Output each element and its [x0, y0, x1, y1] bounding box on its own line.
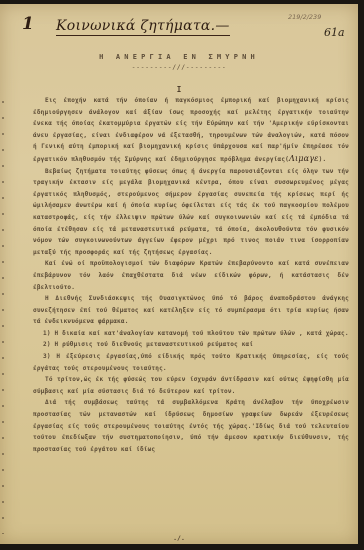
- paragraph: Εις έποχήν κατά τήν όποίαν ή παγκόσμιος …: [33, 95, 349, 166]
- paragraph: Τό τρίτον,ώς έκ τής φύσεώς του εύρεν ίσχ…: [33, 374, 349, 397]
- page-marker: 1: [22, 14, 34, 34]
- archive-reference: 219/2/239: [288, 13, 321, 21]
- list-item: 2) Η ρύθμισις τού διεθνούς μεταναστευτικ…: [33, 339, 349, 351]
- document-title: Η ΑΝΕΡΓΙΑ ΕΝ ΣΜΥΡΝΗ: [0, 53, 358, 61]
- title-divider: ---------///---------: [0, 63, 358, 71]
- continuation-mark: ./.: [0, 534, 358, 542]
- list-marker: 2): [43, 341, 51, 348]
- paragraph: Καί ένώ οί προϋπολογισμοί τών διαφόρων Κ…: [33, 258, 349, 293]
- section-number: I: [0, 85, 358, 94]
- binding-holes: [2, 94, 4, 534]
- list-item: 3) Η έξεύρεσις έργασίας,ύπό είδικής πρός…: [33, 351, 349, 374]
- handwritten-insert: Λιμαγε: [289, 154, 319, 163]
- folio-number: 61a: [324, 26, 345, 39]
- paragraph: Διά τής συμβάσεως ταύτης τά συμβαλλόμενα…: [33, 397, 349, 455]
- list-item: 1) Η δικαία καί κατ'άναλογίαν κατανομή τ…: [33, 328, 349, 340]
- paragraph: Η Διεθνής Συνδιάσκεψις τής Ουασιγκτώνος …: [33, 293, 349, 328]
- document-page: 1 Κοινωνικά ζητήματα.— 219/2/239 61a Η Α…: [0, 4, 358, 544]
- handwritten-heading: Κοινωνικά ζητήματα.—: [56, 18, 230, 36]
- list-marker: 3): [43, 353, 51, 360]
- document-body: Εις έποχήν κατά τήν όποίαν ή παγκόσμιος …: [33, 95, 349, 455]
- list-marker: 1): [43, 330, 51, 337]
- paragraph: Βεβαίως ζητήματα τοιαύτης φύσεως όπως ή …: [33, 166, 349, 259]
